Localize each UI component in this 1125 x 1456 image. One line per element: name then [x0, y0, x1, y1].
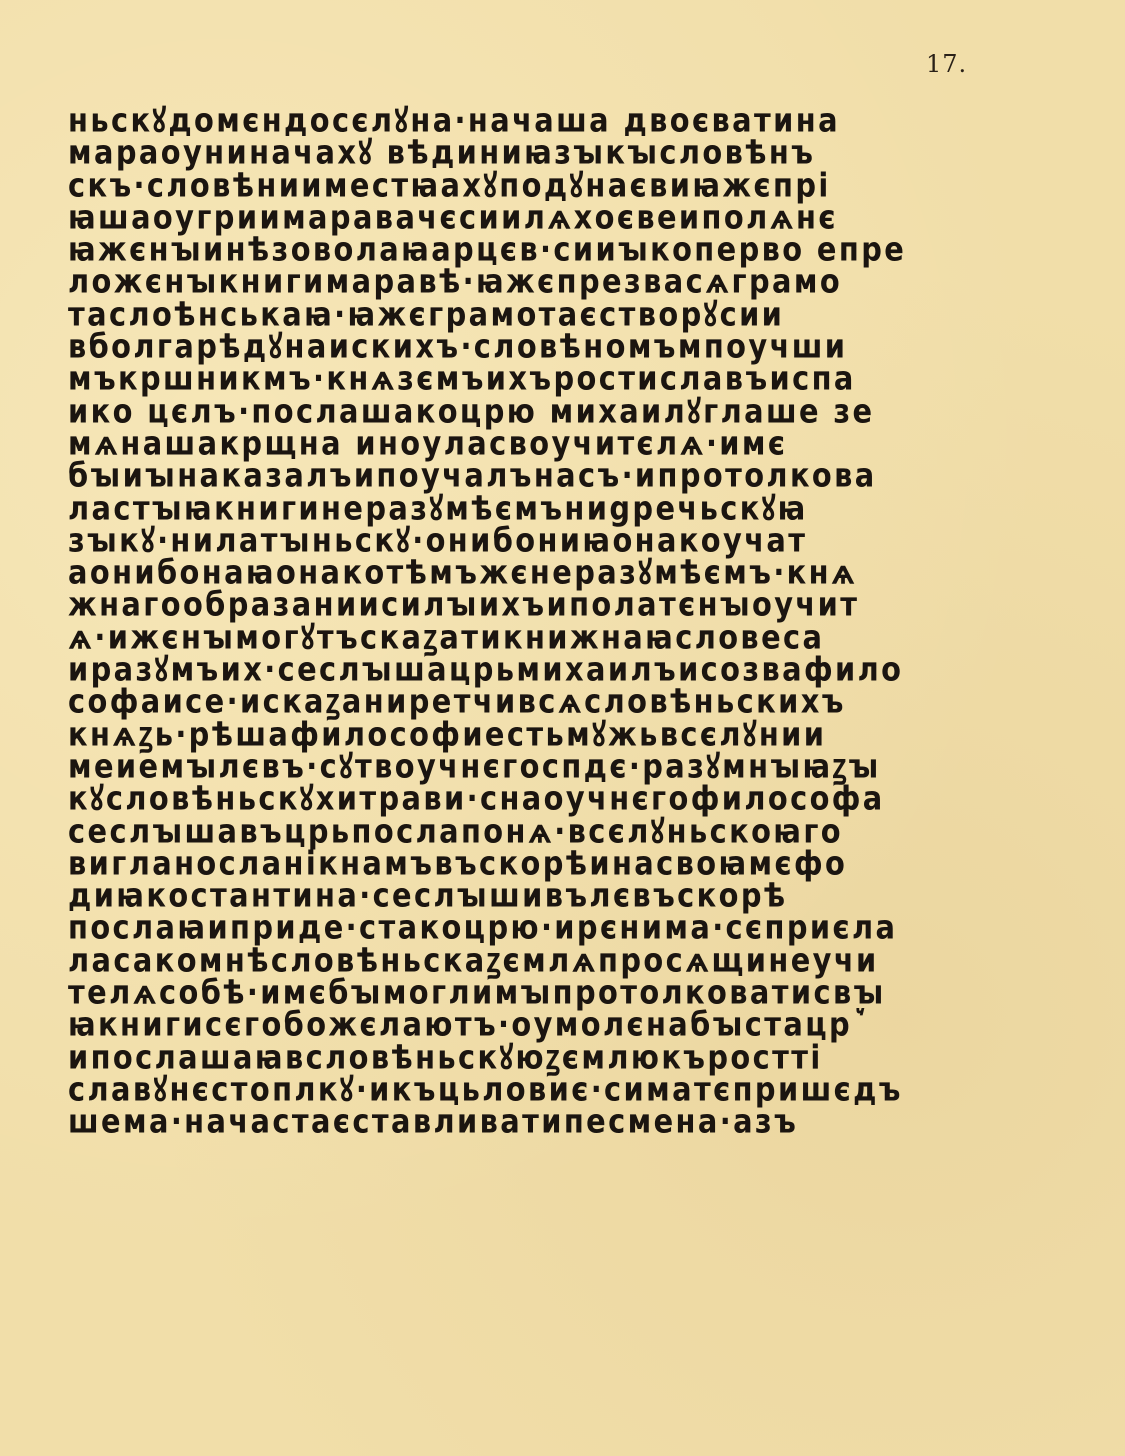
page-number: 17. [926, 50, 967, 78]
manuscript-text-block: ньскꙋдомєндосєлꙋна·начаша двоєватина мар… [68, 104, 1048, 1138]
manuscript-line: шема·начастаєставливатипесмена·азъ [68, 1103, 1043, 1140]
